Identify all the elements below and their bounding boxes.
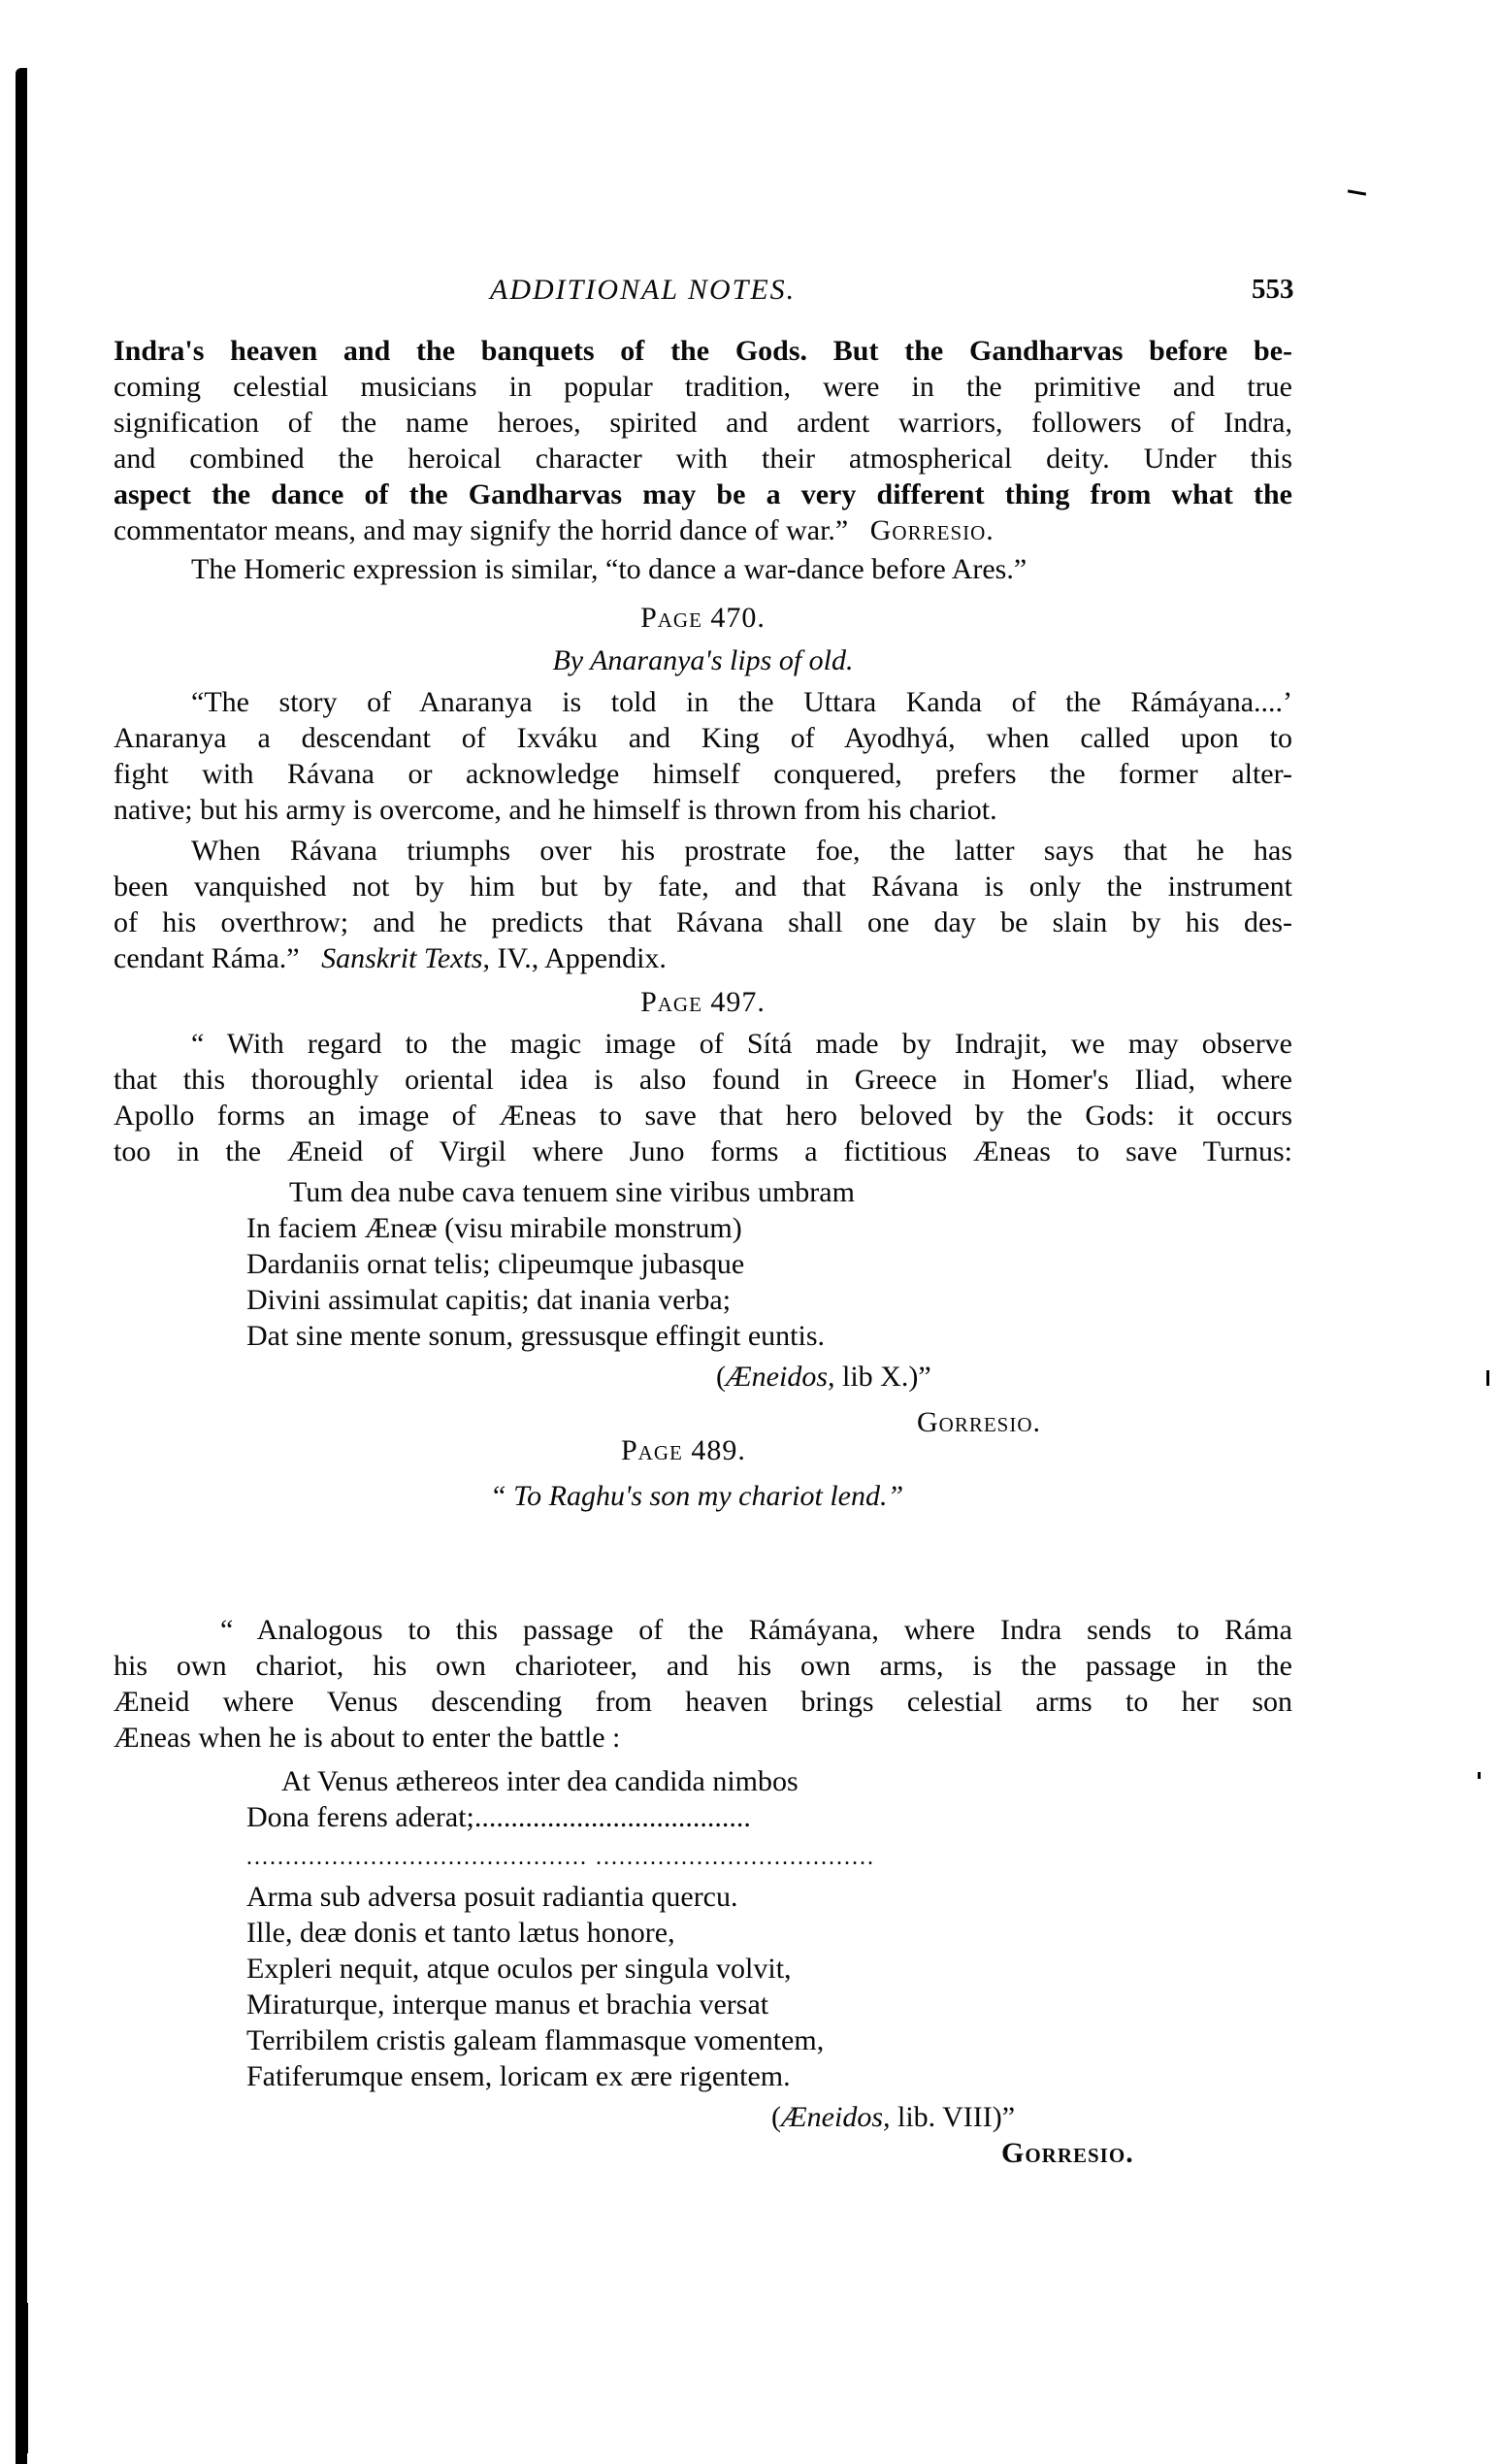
scan-speck xyxy=(1486,1370,1489,1386)
body-line: native; but his army is overcome, and he… xyxy=(114,792,1292,828)
body-text: commentator means, and may signify the h… xyxy=(114,514,848,546)
body-line: and combined the heroical character with… xyxy=(114,441,1292,476)
section-heading: Page 497. xyxy=(114,984,1292,1020)
body-line: that this thoroughly oriental idea is al… xyxy=(114,1062,1292,1098)
page-header: ADDITIONAL NOTES. 553 xyxy=(0,274,1500,312)
verse-line: Ille, deæ donis et tanto lætus honore, xyxy=(246,1915,675,1951)
body-line: “The story of Anaranya is told in the Ut… xyxy=(114,684,1292,720)
ellipsis-line: ........................................… xyxy=(246,1840,875,1876)
attribution: Gorresio. xyxy=(1001,2135,1134,2171)
citation: (Æneidos, lib. VIII)” xyxy=(771,2099,1015,2135)
body-line: signification of the name heroes, spirit… xyxy=(114,405,1292,441)
section-heading: Page 489. xyxy=(621,1432,746,1468)
source-details: , IV., Appendix. xyxy=(482,942,666,974)
verse-line: Divini assimulat capitis; dat inania ver… xyxy=(246,1282,731,1318)
body-line: aspect the dance of the Gandharvas may b… xyxy=(114,476,1292,512)
body-line: cendant Ráma.” Sanskrit Texts, IV., Appe… xyxy=(114,940,1292,976)
scan-speck xyxy=(1348,189,1366,195)
verse-line: Arma sub adversa posuit radiantia quercu… xyxy=(246,1879,738,1915)
body-line: Anaranya a descendant of Ixváku and King… xyxy=(114,720,1292,756)
body-text: cendant Ráma.” xyxy=(114,942,300,974)
body-line: of his overthrow; and he predicts that R… xyxy=(114,904,1292,940)
verse-line: Terribilem cristis galeam flammasque vom… xyxy=(246,2022,824,2058)
citation-details: lib. VIII)” xyxy=(891,2101,1016,2133)
citation-title: Æneidos, xyxy=(781,2101,891,2133)
scan-speck xyxy=(1478,1772,1481,1779)
body-line: When Rávana triumphs over his prostrate … xyxy=(114,833,1292,869)
verse-line: At Venus æthereos inter dea candida nimb… xyxy=(281,1763,799,1799)
body-line: been vanquished not by him but by fate, … xyxy=(114,869,1292,904)
section-subheading: “ To Raghu's son my chariot lend.” xyxy=(490,1478,903,1514)
scan-binding-edge-inner xyxy=(24,2303,28,2453)
citation: (Æneidos, lib X.)” xyxy=(716,1359,931,1395)
attribution: Gorresio. xyxy=(870,514,995,546)
body-line: Indra's heaven and the banquets of the G… xyxy=(114,333,1292,369)
verse-line: Dardaniis ornat telis; clipeumque jubasq… xyxy=(246,1246,744,1282)
verse-line: Miraturque, interque manus et brachia ve… xyxy=(246,1987,768,2022)
scan-binding-edge xyxy=(16,68,27,2464)
citation-paren: ( xyxy=(716,1361,726,1393)
verse-line: Tum dea nube cava tenuem sine viribus um… xyxy=(289,1174,855,1210)
body-line: Æneid where Venus descending from heaven… xyxy=(114,1684,1292,1720)
page-number: 553 xyxy=(1252,274,1294,306)
body-line: his own chariot, his own charioteer, and… xyxy=(114,1648,1292,1684)
running-title: ADDITIONAL NOTES. xyxy=(490,274,796,307)
section-subheading: By Anaranya's lips of old. xyxy=(114,642,1292,678)
body-line: fight with Rávana or acknowledge himself… xyxy=(114,756,1292,792)
citation-title: Æneidos, xyxy=(726,1361,835,1393)
body-line: “ With regard to the magic image of Sítá… xyxy=(114,1026,1292,1062)
body-line: coming celestial musicians in popular tr… xyxy=(114,369,1292,405)
attribution: Gorresio. xyxy=(917,1404,1041,1440)
body-line: Apollo forms an image of Æneas to save t… xyxy=(114,1098,1292,1133)
verse-line: Dona ferens aderat;.....................… xyxy=(246,1799,751,1835)
citation-details: lib X.)” xyxy=(835,1361,931,1393)
verse-line: Dat sine mente sonum, gressusque effingi… xyxy=(246,1318,825,1354)
body-line: The Homeric expression is similar, “to d… xyxy=(114,551,1292,587)
citation-paren: ( xyxy=(771,2101,781,2133)
verse-line: In faciem Æneæ (visu mirabile monstrum) xyxy=(246,1210,742,1246)
source-title: Sanskrit Texts xyxy=(321,942,482,974)
verse-line: Fatiferumque ensem, loricam ex ære rigen… xyxy=(246,2058,791,2094)
body-line: Æneas when he is about to enter the batt… xyxy=(114,1720,1292,1756)
body-line: “ Analogous to this passage of the Rámáy… xyxy=(114,1612,1292,1648)
body-line: commentator means, and may signify the h… xyxy=(114,512,1292,548)
body-line: too in the Æneid of Virgil where Juno fo… xyxy=(114,1133,1292,1169)
verse-line: Expleri nequit, atque oculos per singula… xyxy=(246,1951,792,1987)
section-heading: Page 470. xyxy=(114,600,1292,636)
